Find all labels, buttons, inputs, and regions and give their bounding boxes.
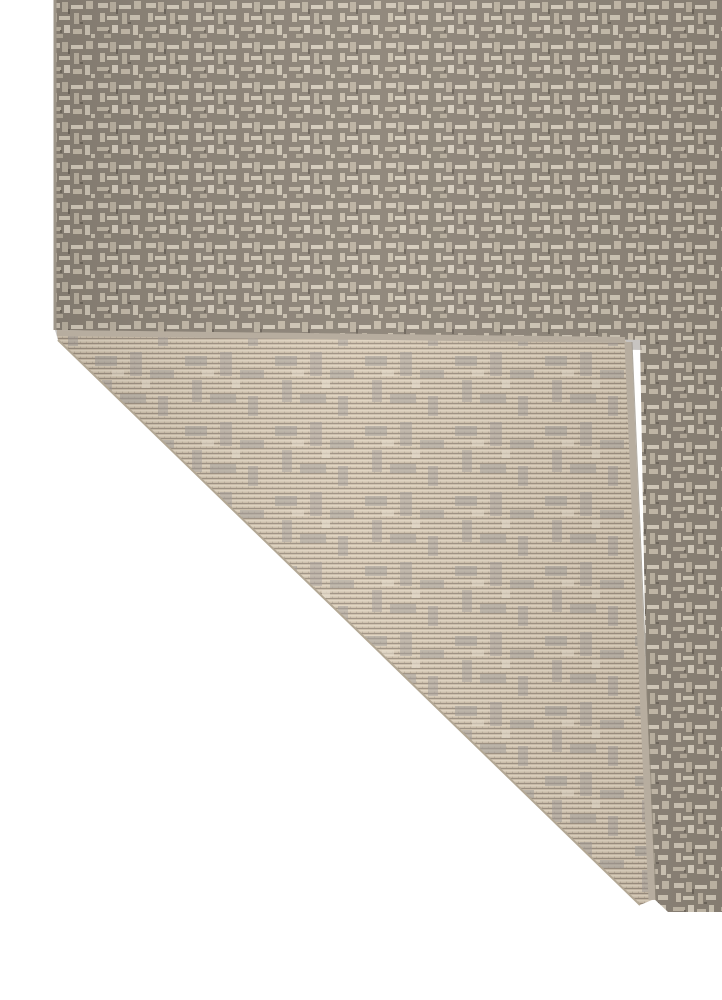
rug-illustration — [0, 0, 722, 1000]
rug-photo — [0, 0, 722, 1000]
